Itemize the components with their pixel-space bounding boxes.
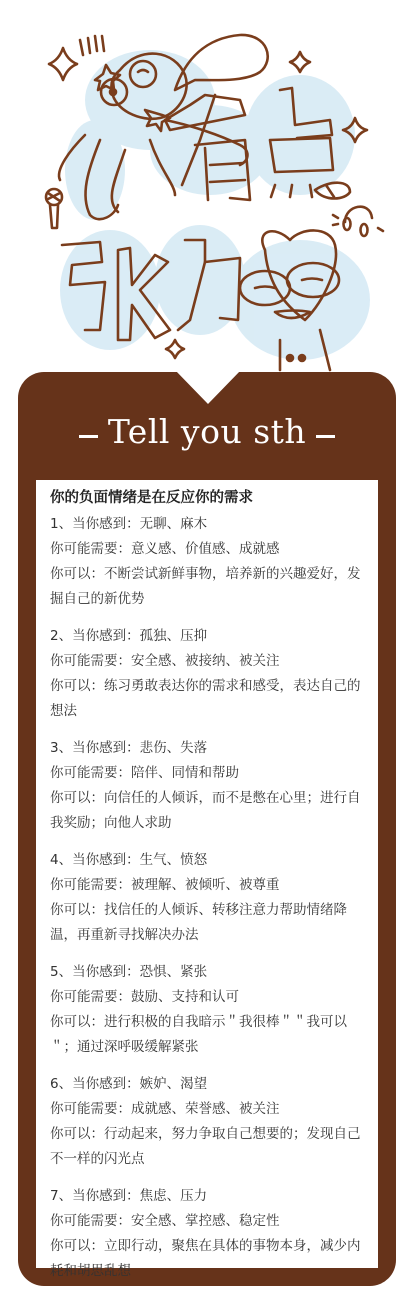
- speech-bubble: [175, 35, 268, 90]
- feel-line: 7、当你感到：焦虑、压力: [50, 1184, 368, 1209]
- need-line: 你可能需要：成就感、荣誉感、被关注: [50, 1097, 368, 1122]
- title-dash-right: [316, 435, 335, 438]
- card-title: Tell you sth: [0, 412, 414, 451]
- tip-section-3: 3、当你感到：悲伤、失落 你可能需要：陪伴、同情和帮助 你可以：向信任的人倾诉，…: [50, 736, 368, 836]
- can-line: 你可以：向信任的人倾诉，而不是憋在心里；进行自我奖励；向他人求助: [50, 786, 368, 836]
- need-line: 你可能需要：被理解、被倾听、被尊重: [50, 873, 368, 898]
- feel-line: 4、当你感到：生气、愤怒: [50, 848, 368, 873]
- content-text: 你的负面情绪是在反应你的需求 1、当你感到：无聊、麻木 你可能需要：意义感、价值…: [50, 486, 368, 1296]
- tip-section-6: 6、当你感到：嫉妒、渴望 你可能需要：成就感、荣誉感、被关注 你可以：行动起来，…: [50, 1072, 368, 1172]
- card-title-text: Tell you sth: [108, 412, 306, 451]
- tip-section-2: 2、当你感到：孤独、压抑 你可能需要：安全感、被接纳、被关注 你可以：练习勇敢表…: [50, 624, 368, 724]
- can-line: 你可以：立即行动，聚焦在具体的事物本身，减少内耗和胡思乱想: [50, 1234, 368, 1284]
- content-panel: 你的负面情绪是在反应你的需求 1、当你感到：无聊、麻木 你可能需要：意义感、价值…: [36, 480, 378, 1268]
- can-line: 你可以：行动起来，努力争取自己想要的；发现自己不一样的闪光点: [50, 1122, 368, 1172]
- tip-section-7: 7、当你感到：焦虑、压力 你可能需要：安全感、掌控感、稳定性 你可以：立即行动，…: [50, 1184, 368, 1284]
- feel-line: 3、当你感到：悲伤、失落: [50, 736, 368, 761]
- card-notch: [175, 370, 241, 404]
- need-line: 你可能需要：安全感、被接纳、被关注: [50, 649, 368, 674]
- headphones-icon: [333, 207, 383, 236]
- feel-line: 6、当你感到：嫉妒、渴望: [50, 1072, 368, 1097]
- need-line: 你可能需要：陪伴、同情和帮助: [50, 761, 368, 786]
- microphone-icon: [46, 189, 62, 228]
- tip-section-5: 5、当你感到：恐惧、紧张 你可能需要：鼓励、支持和认可 你可以：进行积极的自我暗…: [50, 960, 368, 1060]
- feel-line: 2、当你感到：孤独、压抑: [50, 624, 368, 649]
- need-line: 你可能需要：安全感、掌控感、稳定性: [50, 1209, 368, 1234]
- can-line: 你可以：练习勇敢表达你的需求和感受，表达自己的想法: [50, 674, 368, 724]
- content-headline: 你的负面情绪是在反应你的需求: [50, 486, 368, 511]
- can-line: 你可以：进行积极的自我暗示＂我很棒＂＂我可以＂；通过深呼吸缓解紧张: [50, 1010, 368, 1060]
- need-line: 你可能需要：意义感、价值感、成就感: [50, 537, 368, 562]
- feel-line: 1、当你感到：无聊、麻木: [50, 512, 368, 537]
- title-dash-left: [79, 435, 98, 438]
- hero-illustration: [0, 0, 414, 380]
- tip-section-1: 1、当你感到：无聊、麻木 你可能需要：意义感、价值感、成就感 你可以：不断尝试新…: [50, 512, 368, 612]
- can-line: 你可以：不断尝试新鲜事物，培养新的兴趣爱好，发掘自己的新优势: [50, 562, 368, 612]
- tip-section-4: 4、当你感到：生气、愤怒 你可能需要：被理解、被倾听、被尊重 你可以：找信任的人…: [50, 848, 368, 948]
- can-line: 你可以：找信任的人倾诉、转移注意力帮助情绪降温，再重新寻找解决办法: [50, 898, 368, 948]
- need-line: 你可能需要：鼓励、支持和认可: [50, 985, 368, 1010]
- feel-line: 5、当你感到：恐惧、紧张: [50, 960, 368, 985]
